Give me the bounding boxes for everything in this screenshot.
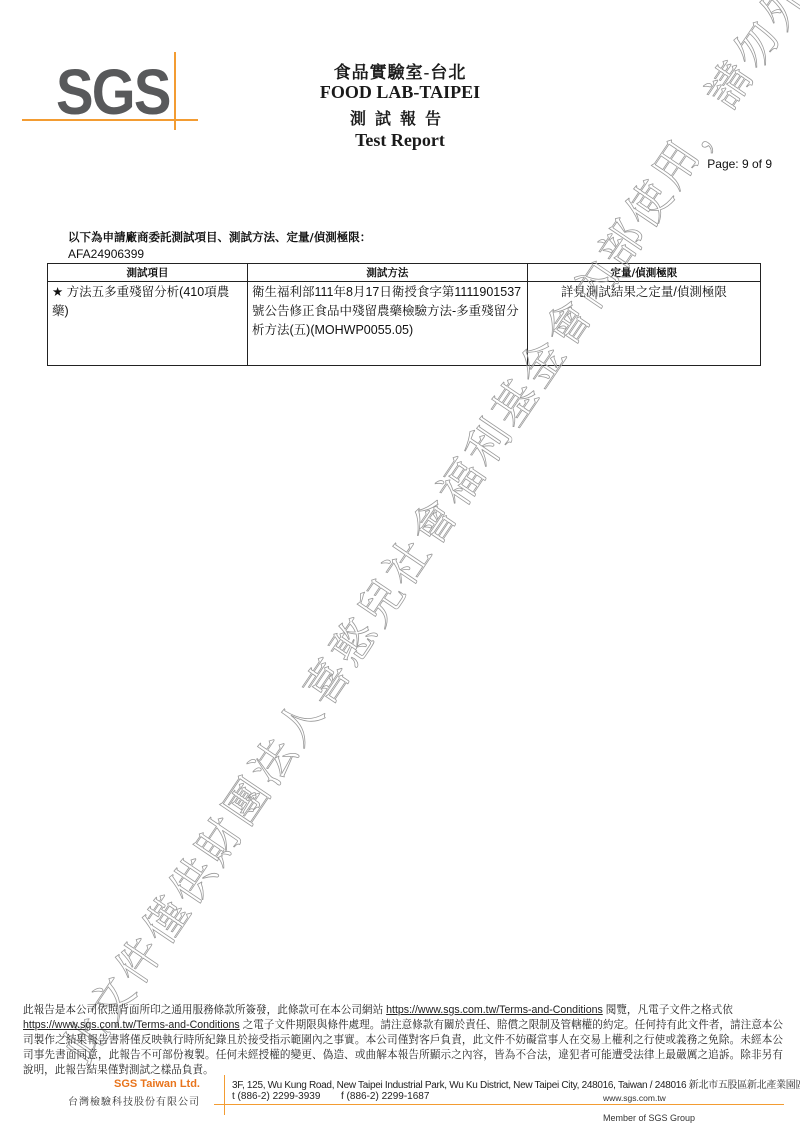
- lab-name-en: FOOD LAB-TAIPEI: [250, 82, 550, 103]
- member-of-group: Member of SGS Group: [603, 1113, 695, 1123]
- cell-test-item: ★ 方法五多重殘留分析(410項農藥): [48, 282, 248, 366]
- test-methods-table: 測試項目 測試方法 定量/偵測極限 ★ 方法五多重殘留分析(410項農藥) 衛生…: [47, 263, 761, 366]
- section-heading: 以下為申請廠商委託測試項目、測試方法、定量/偵測極限：: [68, 229, 371, 245]
- page-number: Page: 9 of 9: [707, 157, 772, 171]
- cell-test-method: 衛生福利部111年8月17日衛授食字第1111901537號公告修正食品中殘留農…: [248, 282, 528, 366]
- column-header-limit: 定量/偵測極限: [527, 264, 760, 282]
- logo-text: SGS: [56, 60, 170, 124]
- disclaimer-text-1: 此報告是本公司依照背面所印之通用服務條款所簽發，此條款可在本公司網站: [23, 1004, 386, 1016]
- lab-name-zh: 食品實驗室-台北: [250, 58, 550, 83]
- footer-vertical-rule: [224, 1075, 225, 1115]
- column-header-test-item: 測試項目: [48, 264, 248, 282]
- legal-disclaimer: 此報告是本公司依照背面所印之通用服務條款所簽發，此條款可在本公司網站 https…: [23, 1003, 783, 1078]
- report-title-en: Test Report: [250, 130, 550, 151]
- company-address: 3F, 125, Wu Kung Road, New Taipei Indust…: [232, 1076, 800, 1091]
- footer-horizontal-rule: [214, 1104, 784, 1105]
- phone-number: t (886-2) 2299-3939: [232, 1091, 320, 1102]
- cell-limit: 詳見測試結果之定量/偵測極限: [527, 282, 760, 366]
- table-row: ★ 方法五多重殘留分析(410項農藥) 衛生福利部111年8月17日衛授食字第1…: [48, 282, 761, 366]
- terms-link[interactable]: https://www.sgs.com.tw/Terms-and-Conditi…: [23, 1019, 240, 1031]
- sgs-logo: SGS: [22, 50, 202, 132]
- report-title-zh: 測試報告: [250, 106, 550, 129]
- fax-number: f (886-2) 2299-1687: [341, 1091, 429, 1102]
- website-link[interactable]: www.sgs.com.tw: [603, 1093, 666, 1103]
- terms-link[interactable]: https://www.sgs.com.tw/Terms-and-Conditi…: [386, 1004, 603, 1016]
- logo-horizontal-rule: [22, 119, 198, 121]
- table-header-row: 測試項目 測試方法 定量/偵測極限: [48, 264, 761, 282]
- disclaimer-text-2: 閱覽，凡電子文件之格式依: [603, 1004, 733, 1016]
- column-header-test-method: 測試方法: [248, 264, 528, 282]
- company-name-zh: 台灣檢驗科技股份有限公司: [60, 1093, 200, 1108]
- confidential-watermark: 此文件僅供財團法人喜憨兒社會福利基金會內部使用，請勿外流！: [44, 60, 757, 1074]
- company-name-en: SGS Taiwan Ltd.: [100, 1078, 200, 1090]
- report-number: AFA24906399: [68, 247, 144, 261]
